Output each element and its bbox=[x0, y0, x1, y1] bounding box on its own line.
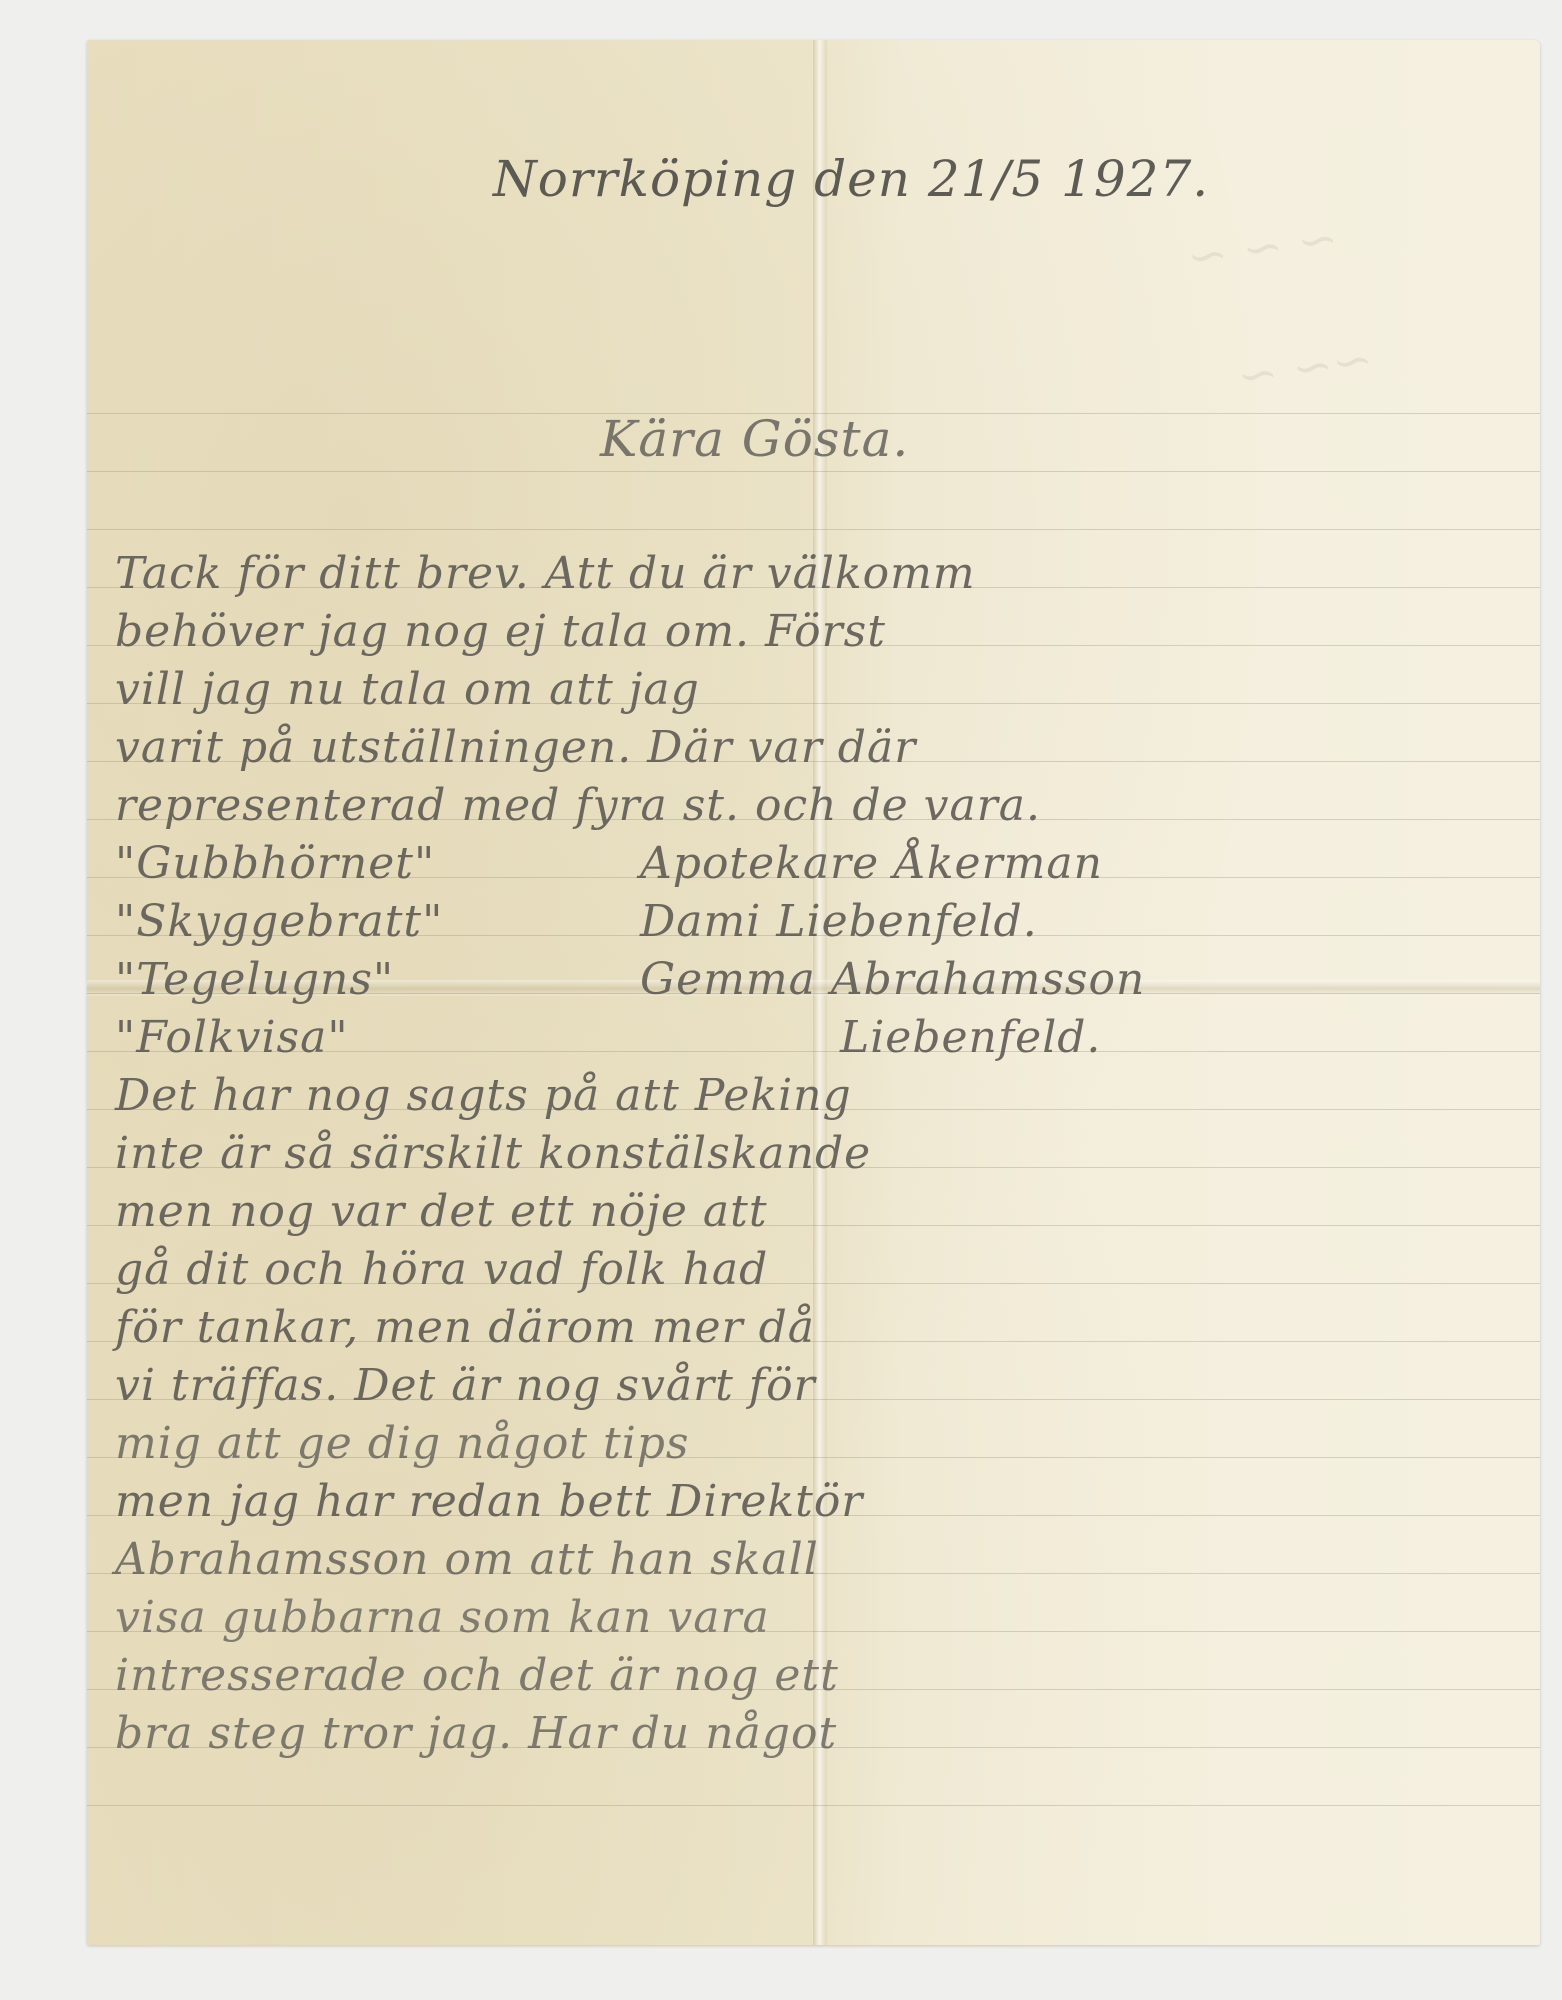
letter-line: Tack för ditt brev. Att du är välkomm bbox=[115, 548, 976, 599]
letter-line: Abrahamsson om att han skall bbox=[115, 1534, 819, 1585]
artwork-artist: Gemma Abrahamsson bbox=[640, 954, 1145, 1005]
bleed-through-text: ~~ ~ bbox=[1234, 331, 1376, 405]
letter-line: behöver jag nog ej tala om. Först bbox=[115, 606, 886, 657]
letter-line: men jag har redan bett Direktör bbox=[115, 1476, 863, 1527]
letter-line: Det har nog sagts på att Peking bbox=[115, 1070, 852, 1121]
artwork-artist: Dami Liebenfeld. bbox=[640, 896, 1038, 947]
letter-line: gå dit och höra vad folk had bbox=[115, 1244, 768, 1295]
letter-line: inte är så särskilt konstälskande bbox=[115, 1128, 871, 1179]
bleed-through-text: ~ ~ ~ bbox=[1184, 210, 1341, 286]
letter-line: mig att ge dig något tips bbox=[115, 1418, 690, 1469]
artwork-title: "Folkvisa" bbox=[115, 1012, 349, 1063]
artwork-title: "Skyggebratt" bbox=[115, 896, 443, 947]
letter-line: vi träffas. Det är nog svårt för bbox=[115, 1360, 816, 1411]
artwork-artist: Apotekare Åkerman bbox=[640, 838, 1103, 889]
artwork-title: "Gubbhörnet" bbox=[115, 838, 435, 889]
ruled-line bbox=[87, 529, 1540, 530]
letter-line: bra steg tror jag. Har du något bbox=[115, 1708, 837, 1759]
ruled-line bbox=[87, 1805, 1540, 1806]
letter-line: för tankar, men därom mer då bbox=[115, 1302, 815, 1353]
letter-line: intresserade och det är nog ett bbox=[115, 1650, 839, 1701]
place-and-date: Norrköping den 21/5 1927. bbox=[493, 150, 1209, 208]
artwork-title: "Tegelugns" bbox=[115, 954, 394, 1005]
letter-line: representerad med fyra st. och de vara. bbox=[115, 780, 1041, 831]
ruled-line bbox=[87, 471, 1540, 472]
letter-line: varit på utställningen. Där var där bbox=[115, 722, 916, 773]
letter-line: vill jag nu tala om att jag bbox=[115, 664, 700, 715]
salutation: Kära Gösta. bbox=[600, 410, 909, 468]
letter-line: visa gubbarna som kan vara bbox=[115, 1592, 770, 1643]
letter-line: men nog var det ett nöje att bbox=[115, 1186, 768, 1237]
artwork-artist: Liebenfeld. bbox=[840, 1012, 1101, 1063]
